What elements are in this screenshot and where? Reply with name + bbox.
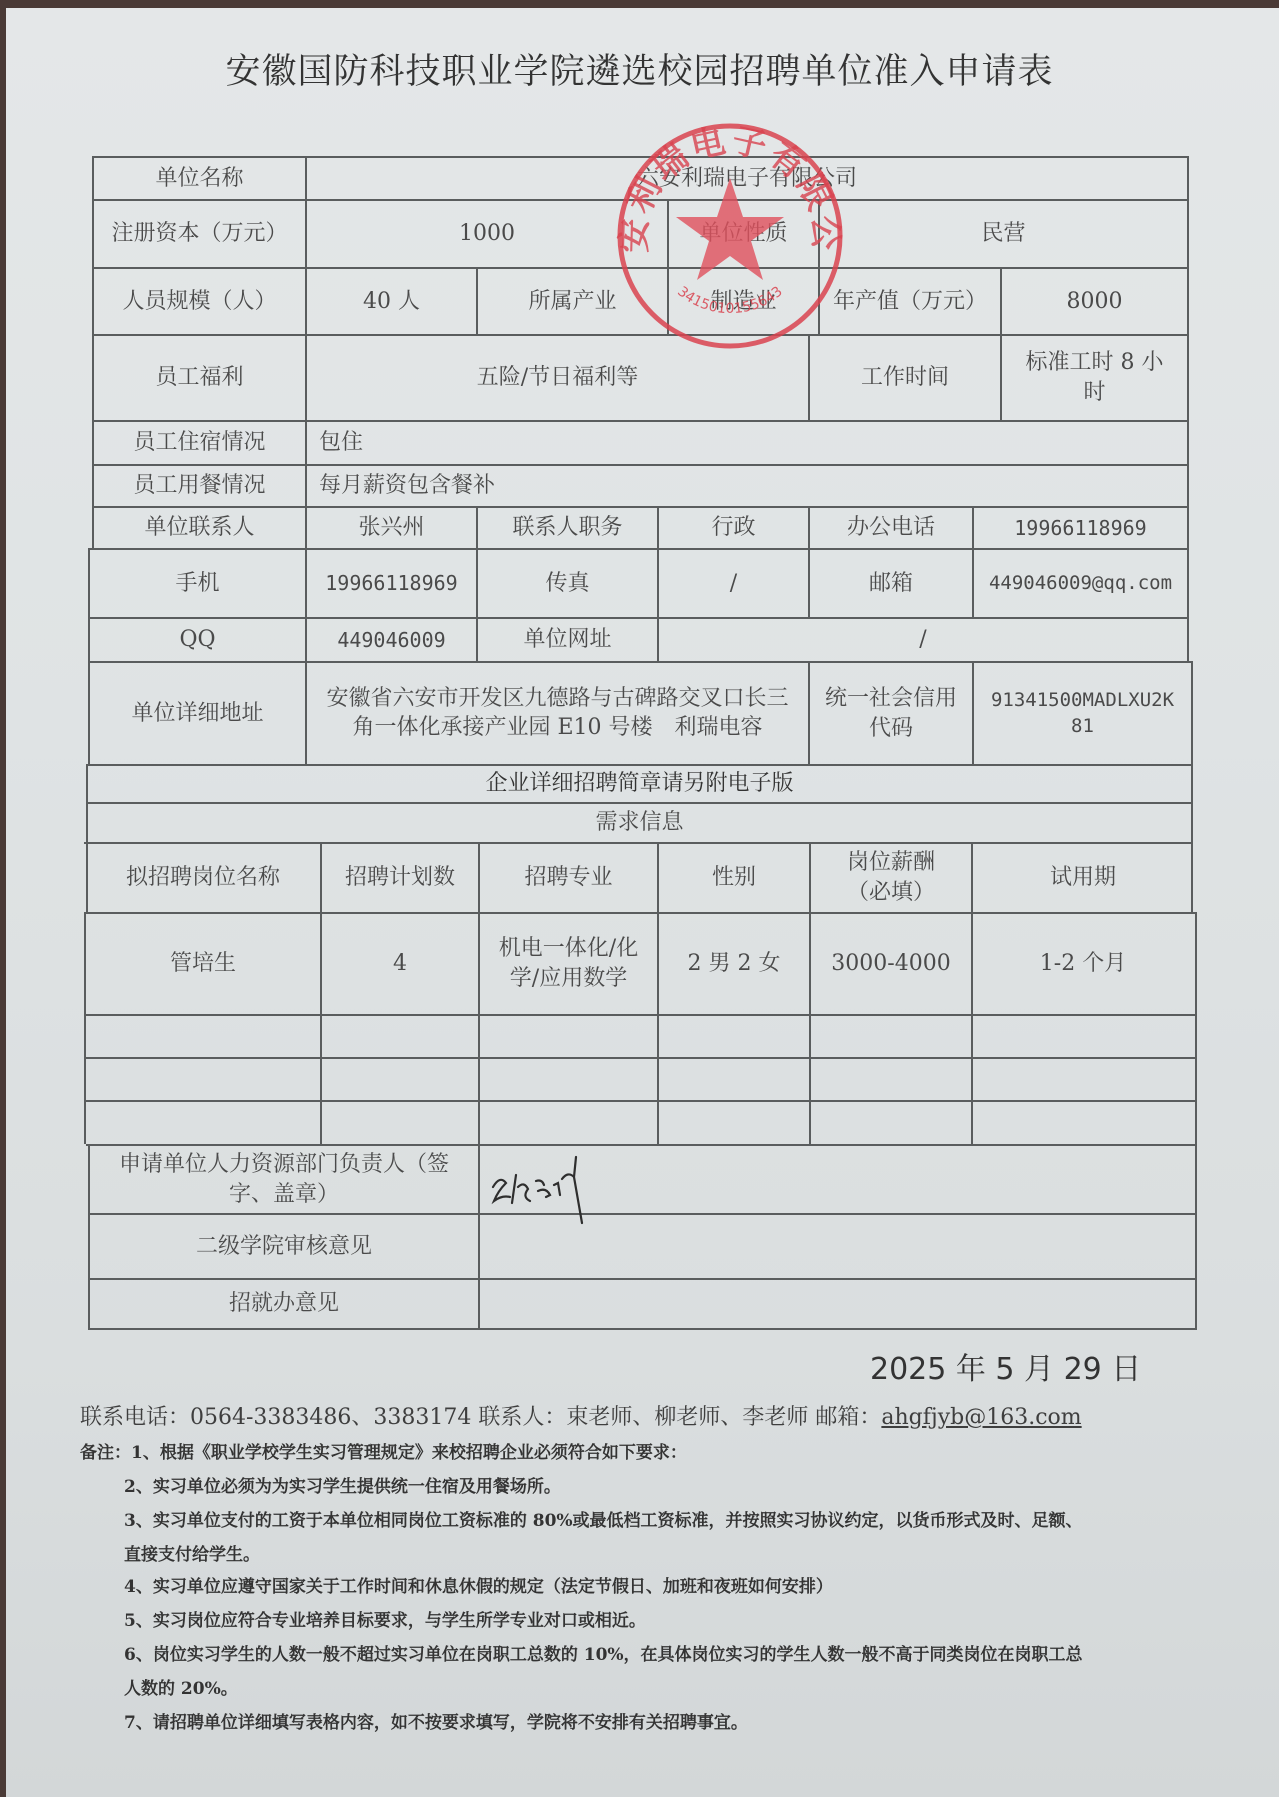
fax-value: /	[659, 550, 808, 617]
note-6-cont: 人数的 20%。	[124, 1674, 238, 1699]
college-review-label: 二级学院审核意见	[90, 1215, 478, 1278]
credit-code-label: 统一社会信用代码	[810, 663, 972, 764]
annual-output-value: 8000	[1002, 269, 1187, 334]
welfare-value: 五险/节日福利等	[307, 336, 808, 420]
lodging-label: 员工住宿情况	[94, 422, 305, 464]
company-name-label: 单位名称	[94, 158, 305, 199]
address-value: 安徽省六安市开发区九德路与古碑路交叉口长三角一体化承接产业园 E10 号楼 利瑞…	[307, 663, 808, 764]
office-phone-label: 办公电话	[810, 508, 972, 548]
row1-plan-count: 4	[322, 914, 478, 1014]
registered-capital-value: 1000	[307, 201, 667, 267]
note-1: 备注：1、根据《职业学校学生实习管理规定》来校招聘企业必须符合如下要求：	[80, 1438, 687, 1463]
address-label: 单位详细地址	[90, 663, 305, 764]
header-plan-count: 招聘计划数	[322, 844, 478, 912]
lodging-value: 包住	[313, 422, 1183, 464]
meals-label: 员工用餐情况	[94, 466, 305, 506]
company-name-value: 六安利瑞电子有限公司	[307, 158, 1187, 199]
contact-person-value: 张兴州	[307, 508, 476, 548]
note-6: 6、岗位实习学生的人数一般不超过实习单位在岗职工总数的 10%，在具体岗位实习的…	[124, 1640, 1083, 1665]
employment-office-field[interactable]	[480, 1280, 1195, 1328]
note-3: 3、实习单位支付的工资于本单位相同岗位工资标准的 80%或最低档工资标准，并按照…	[124, 1506, 1083, 1531]
office-phone-value: 19966118969	[974, 508, 1187, 548]
row1-salary: 3000-4000	[811, 914, 971, 1014]
footer-contact-email-link[interactable]: ahgfjyb@163.com	[881, 1405, 1081, 1430]
industry-value: 制造业	[669, 269, 818, 334]
row1-probation: 1-2 个月	[973, 914, 1193, 1014]
note-2: 2、实习单位必须为为实习学生提供统一住宿及用餐场所。	[124, 1472, 561, 1497]
work-time-value: 标准工时 8 小时	[1002, 336, 1187, 420]
email-value: 449046009@qq.com	[974, 550, 1187, 617]
footer-contact-text: 联系电话：0564-3383486、3383174 联系人：束老师、柳老师、李老…	[80, 1405, 881, 1430]
website-value: /	[659, 619, 1187, 661]
contact-person-label: 单位联系人	[94, 508, 305, 548]
header-probation: 试用期	[973, 844, 1193, 912]
registered-capital-label: 注册资本（万元）	[94, 201, 305, 267]
email-label: 邮箱	[810, 550, 972, 617]
staff-size-value: 40 人	[307, 269, 476, 334]
attachment-note: 企业详细招聘简章请另附电子版	[88, 766, 1191, 802]
header-gender: 性别	[659, 844, 809, 912]
header-salary: 岗位薪酬（必填）	[811, 844, 971, 912]
row1-gender: 2 男 2 女	[659, 914, 809, 1014]
contact-role-label: 联系人职务	[478, 508, 657, 548]
credit-code-value: 91341500MADLXU2K81	[974, 663, 1191, 764]
company-nature-label: 单位性质	[669, 201, 818, 267]
note-5: 5、实习岗位应符合专业培养目标要求，与学生所学专业对口或相近。	[124, 1606, 646, 1631]
demand-section-title: 需求信息	[86, 804, 1193, 842]
header-major: 招聘专业	[480, 844, 657, 912]
fax-label: 传真	[478, 550, 657, 617]
row1-position-name: 管培生	[86, 914, 320, 1014]
qq-label: QQ	[90, 619, 305, 661]
annual-output-label: 年产值（万元）	[820, 269, 1000, 334]
employment-office-label: 招就办意见	[90, 1280, 478, 1328]
note-3-cont: 直接支付给学生。	[124, 1540, 260, 1565]
note-7: 7、请招聘单位详细填写表格内容，如不按要求填写，学院将不安排有关招聘事宜。	[124, 1708, 748, 1733]
qq-value: 449046009	[307, 619, 476, 661]
note-4: 4、实习单位应遵守国家关于工作时间和休息休假的规定（法定节假日、加班和夜班如何安…	[124, 1572, 833, 1597]
row1-major: 机电一体化/化学/应用数学	[480, 914, 657, 1014]
hr-signature-label: 申请单位人力资源部门负责人（签字、盖章）	[90, 1146, 478, 1213]
industry-label: 所属产业	[478, 269, 667, 334]
form-date: 2025 年 5 月 29 日	[870, 1344, 1141, 1388]
mobile-label: 手机	[90, 550, 305, 617]
header-position-name: 拟招聘岗位名称	[86, 844, 320, 912]
footer-contact-line: 联系电话：0564-3383486、3383174 联系人：束老师、柳老师、李老…	[80, 1400, 1082, 1431]
mobile-value: 19966118969	[307, 550, 476, 617]
welfare-label: 员工福利	[94, 336, 305, 420]
document-title: 安徽国防科技职业学院遴选校园招聘单位准入申请表	[0, 44, 1279, 94]
staff-size-label: 人员规模（人）	[94, 269, 305, 334]
company-nature-value: 民营	[820, 201, 1187, 267]
work-time-label: 工作时间	[810, 336, 1000, 420]
website-label: 单位网址	[478, 619, 657, 661]
meals-value: 每月薪资包含餐补	[313, 466, 1183, 506]
contact-role-value: 行政	[659, 508, 808, 548]
handwritten-signature	[488, 1145, 618, 1225]
